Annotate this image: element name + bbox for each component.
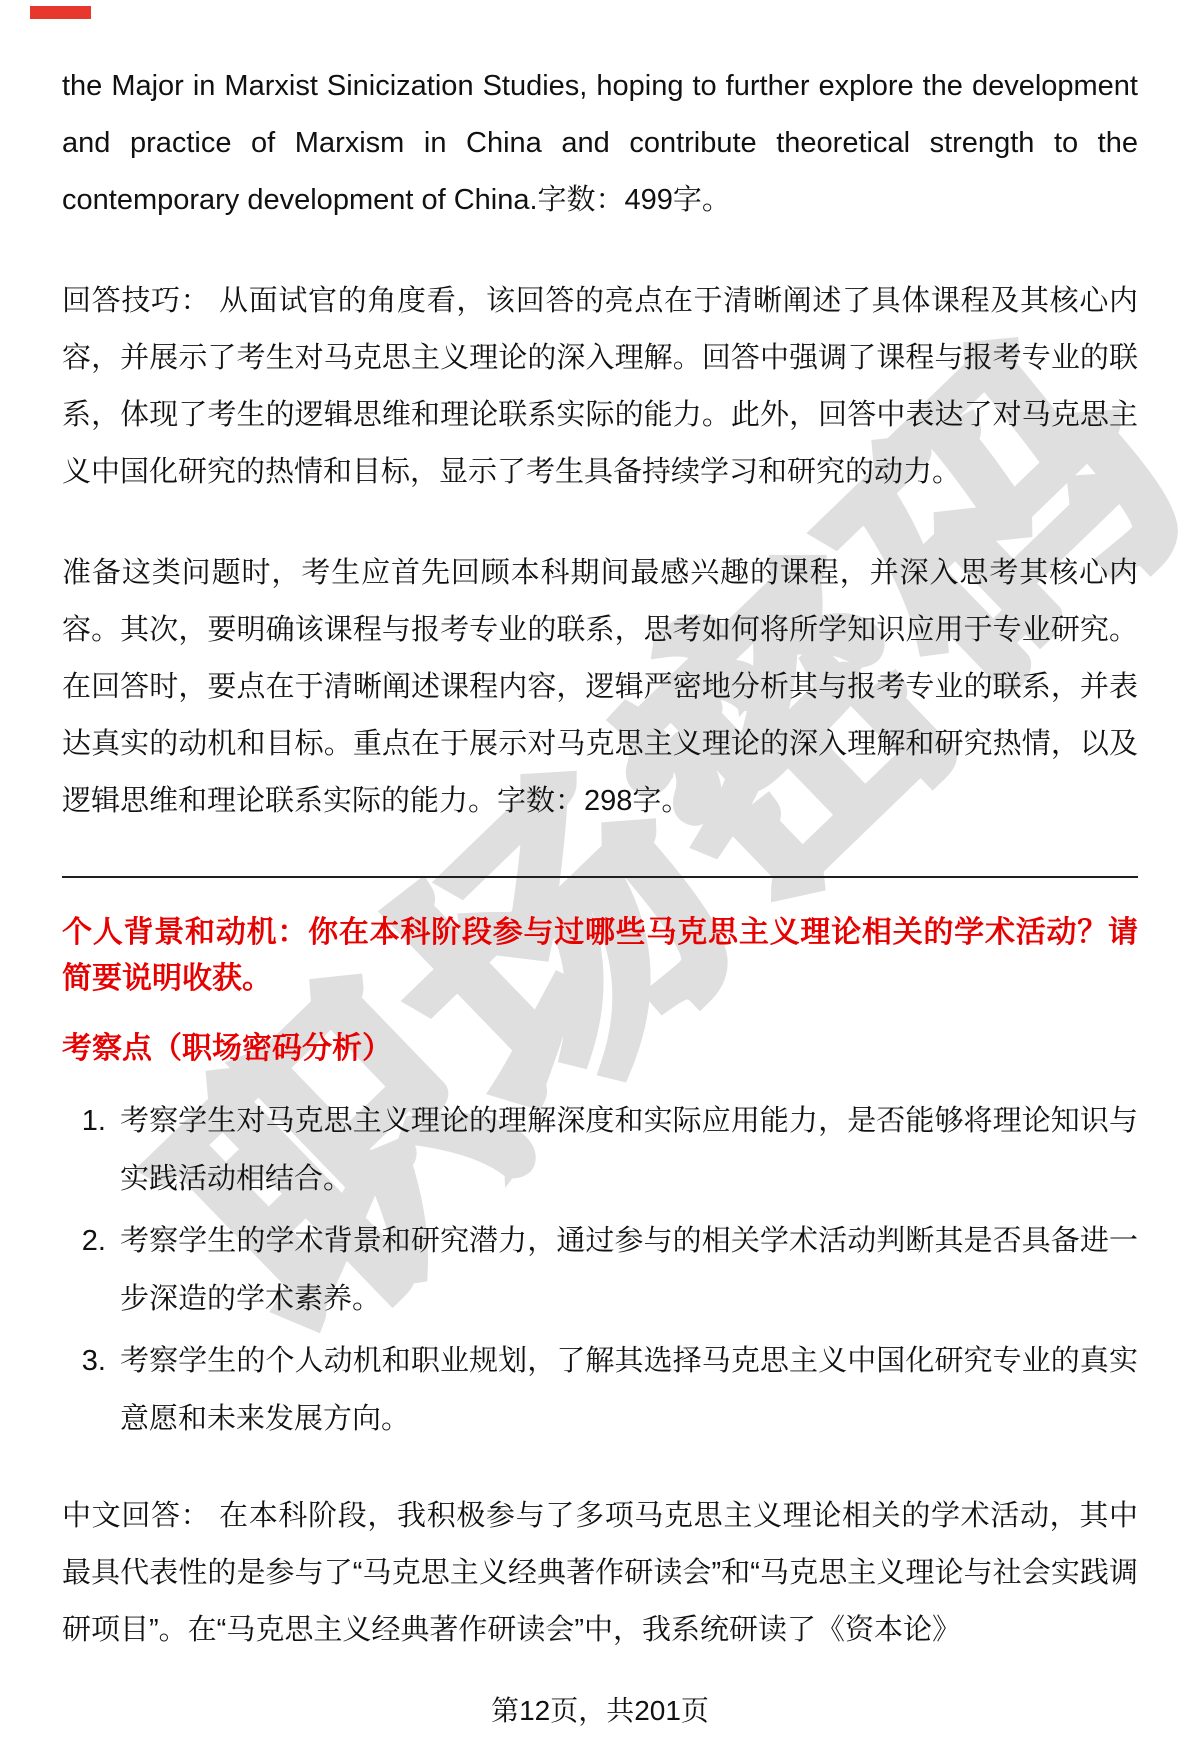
exam-point-item: 考察学生的学术背景和研究潜力，通过参与的相关学术活动判断其是否具备进一步深造的学…: [114, 1212, 1138, 1328]
exam-points-list: 考察学生对马克思主义理论的理解深度和实际应用能力，是否能够将理论知识与实践活动相…: [62, 1092, 1138, 1448]
document-page: 职场密码 the Major in Marxist Sinicization S…: [0, 0, 1200, 1755]
page-number: 第12页，共201页: [0, 1689, 1200, 1729]
paragraph-answer-tips: 回答技巧： 从面试官的角度看，该回答的亮点在于清晰阐述了具体课程及其核心内容，并…: [62, 273, 1138, 501]
paragraph-chinese-answer: 中文回答： 在本科阶段，我积极参与了多项马克思主义理论相关的学术活动，其中最具代…: [62, 1488, 1138, 1659]
exam-point-item: 考察学生对马克思主义理论的理解深度和实际应用能力，是否能够将理论知识与实践活动相…: [114, 1092, 1138, 1208]
paragraph-preparation: 准备这类问题时，考生应首先回顾本科期间最感兴趣的课程，并深入思考其核心内容。其次…: [62, 545, 1138, 830]
page-content: the Major in Marxist Sinicization Studie…: [62, 58, 1138, 1703]
corner-red-mark: [30, 6, 91, 19]
exam-point-item: 考察学生的个人动机和职业规划，了解其选择马克思主义中国化研究专业的真实意愿和未来…: [114, 1332, 1138, 1448]
paragraph-english-answer: the Major in Marxist Sinicization Studie…: [62, 58, 1138, 229]
exam-points-heading: 考察点（职场密码分析）: [62, 1028, 1138, 1070]
section-divider: [62, 876, 1138, 878]
question-heading: 个人背景和动机：你在本科阶段参与过哪些马克思主义理论相关的学术活动？请简要说明收…: [62, 910, 1138, 1002]
